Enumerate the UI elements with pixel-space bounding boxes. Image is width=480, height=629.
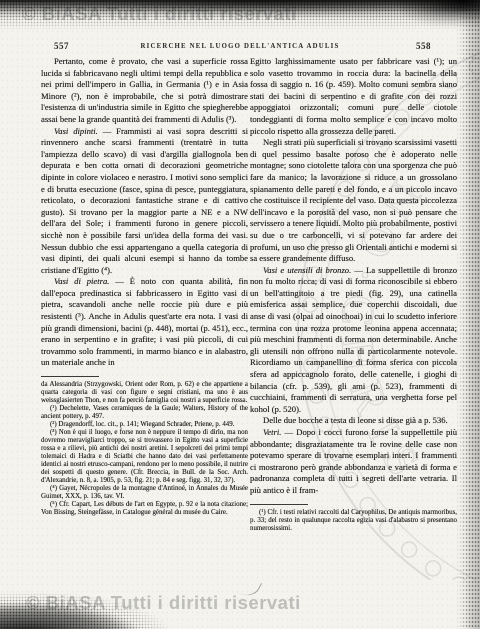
footnote: (⁴) Gayet, Nécropoles de la montagne d'A… xyxy=(41,485,248,501)
footnote: (²) Dragendorff, loc. cit., p. 141; Wieg… xyxy=(41,421,248,429)
paragraph-text: Egitto larghissimamente usato per fabbri… xyxy=(250,56,457,136)
paragraph: Vasi di pietra. — È noto con quanta abil… xyxy=(41,276,248,369)
paragraph-lead: Vasi di pietra. xyxy=(54,276,109,286)
copyright-watermark-top: © BiASA Tutti i diritti riservati xyxy=(22,3,297,25)
paragraph-text: Pertanto, come è provato, che vasi a sup… xyxy=(41,56,248,124)
footnote-continuation: da Alessandria (Strzygowski, Orient oder… xyxy=(41,381,248,405)
paragraph: Negli strati più superficiali si trovano… xyxy=(250,137,457,265)
footnote: (⁵) Cfr. Capart, Les débuts de l'art en … xyxy=(41,501,248,517)
paragraph-text: — È noto con quanta abilità, fin dall'ep… xyxy=(41,276,248,367)
copyright-watermark-bottom: © BiASA Tutti i diritti riservati xyxy=(26,592,301,614)
paragraph-text: Delle due bocche a testa di leone si dis… xyxy=(263,415,448,425)
footnote: (³) Non è qui il luogo, e forse non è ne… xyxy=(41,429,248,485)
scanned-book-page: { "watermarks": { "top": "© BiASA Tutti … xyxy=(0,0,480,629)
left-column: Pertanto, come è provato, che vasi a sup… xyxy=(41,56,248,517)
page-number-right: 558 xyxy=(416,41,431,51)
paragraph-text: Negli strati più superficiali si trovano… xyxy=(250,137,457,263)
paragraph-lead: Vasi e utensili di bronzo. xyxy=(263,265,351,275)
paragraph-lead: Vetri. xyxy=(263,427,281,437)
paragraph: Vasi dipinti. — Frammisti ai vasi sopra … xyxy=(41,126,248,277)
paragraph-continuation: Egitto larghissimamente usato per fabbri… xyxy=(250,56,457,137)
paragraph-text: — La suppellettile di bronzo non fu molt… xyxy=(250,265,457,414)
footnote: (¹) Cfr. i testi relativi raccolti dal C… xyxy=(250,509,457,533)
right-column: Egitto larghissimamente usato per fabbri… xyxy=(250,56,457,533)
paragraph: Delle due bocche a testa di leone si dis… xyxy=(250,415,457,427)
paragraph-lead: Vasi dipinti. xyxy=(54,126,98,136)
footnotes-right: (¹) Cfr. i testi relativi raccolti dal C… xyxy=(250,509,457,533)
footnote: (¹) Dechelette, Vases ceramiques de la G… xyxy=(41,405,248,421)
footnote-separator xyxy=(41,376,99,377)
paragraph: Vasi e utensili di bronzo. — La suppelle… xyxy=(250,265,457,416)
footnote-separator xyxy=(250,504,308,505)
paragraph: Pertanto, come è provato, che vasi a sup… xyxy=(41,56,248,126)
footnotes-left: da Alessandria (Strzygowski, Orient oder… xyxy=(41,381,248,517)
paragraph-text: — Dopo i cocci furono forse la suppellet… xyxy=(250,427,457,495)
paragraph: Vetri. — Dopo i cocci furono forse la su… xyxy=(250,427,457,497)
running-title: RICERCHE NEL LUOGO DELL'ANTICA ADULIS xyxy=(60,43,420,50)
paragraph-text: — Frammisti ai vasi sopra descritti si r… xyxy=(41,126,248,275)
